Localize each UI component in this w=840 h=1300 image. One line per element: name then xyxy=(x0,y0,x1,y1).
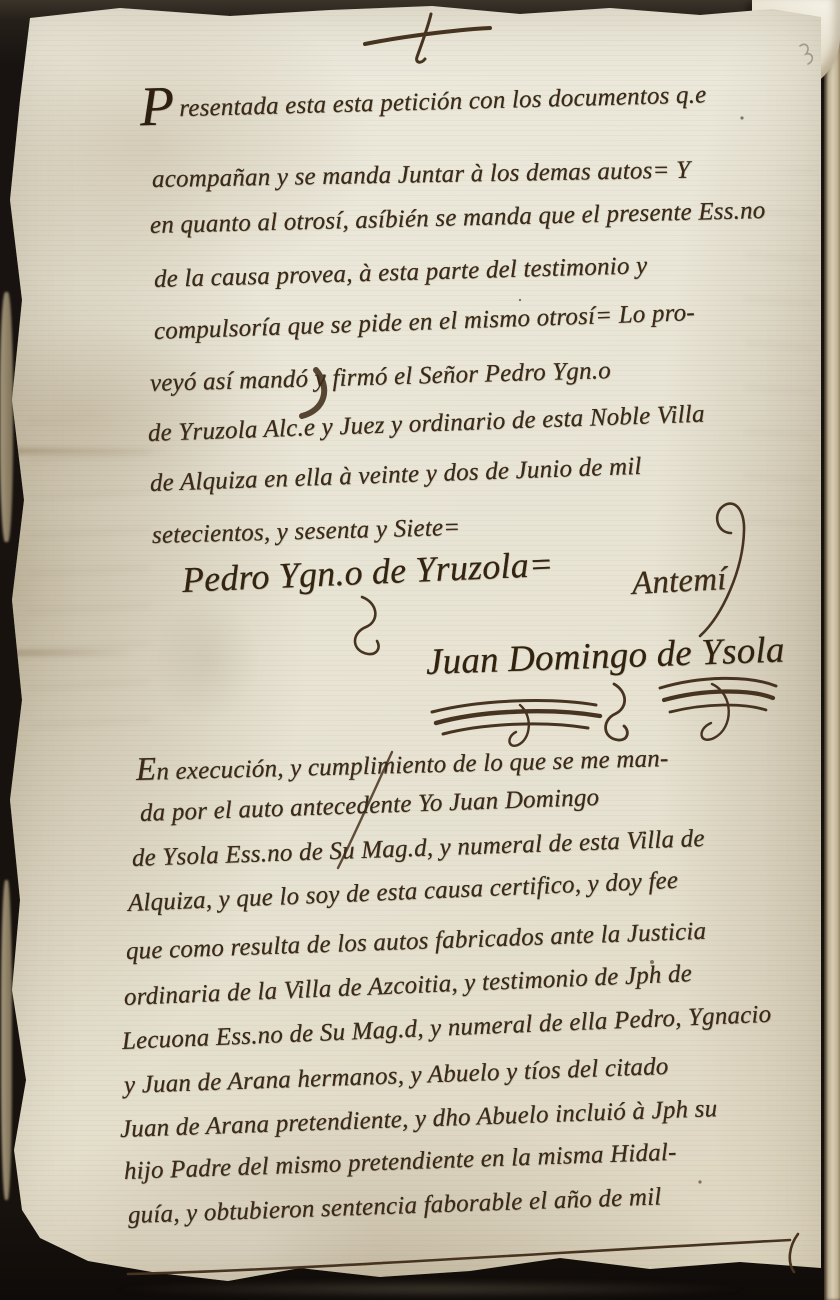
scanned-manuscript-photo: Presentada esta esta petición con los do… xyxy=(0,0,840,1300)
torn-edge-scrap xyxy=(0,292,13,542)
next-page-edge xyxy=(824,0,840,1300)
ink-showthrough xyxy=(30,420,150,750)
table-surface-highlight xyxy=(110,1280,750,1298)
ink-showthrough xyxy=(745,170,815,550)
ink-showthrough xyxy=(150,600,260,720)
torn-edge-scrap xyxy=(1,880,12,1200)
signature-ante-mi: Antemí xyxy=(631,561,727,603)
